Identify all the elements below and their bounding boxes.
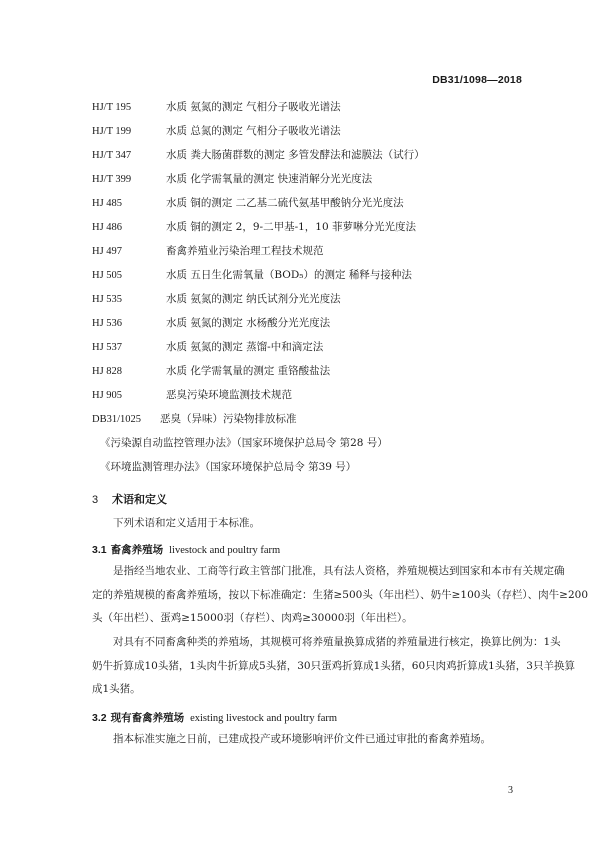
term-english: existing livestock and poultry farm xyxy=(190,713,337,724)
term-definition: 是指经当地农业、工商等行政主管部门批准，具有法人资格，养殖规模达到国家和本市有关… xyxy=(92,560,512,631)
section-title: 术语和定义 xyxy=(112,493,167,506)
document-code: DB31/1098—2018 xyxy=(432,74,522,86)
reference-code: HJ 536 xyxy=(92,317,166,331)
reference-item: HJ 905恶臭污染环境监测技术规范 xyxy=(92,388,292,403)
reference-code: HJ 486 xyxy=(92,221,166,235)
section-heading: 3术语和定义 xyxy=(92,491,167,507)
term-english: livestock and poultry farm xyxy=(169,545,280,556)
reference-item: HJ 535水质 氨氮的测定 纳氏试剂分光光度法 xyxy=(92,292,341,307)
reference-title: 水质 氨氮的测定 纳氏试剂分光光度法 xyxy=(166,292,341,306)
term-number: 3.1 xyxy=(92,544,107,556)
reference-code: HJ/T 199 xyxy=(92,125,166,139)
reference-item: HJ 536水质 氨氮的测定 水杨酸分光光度法 xyxy=(92,316,330,331)
reference-item: HJ/T 195水质 氨氮的测定 气相分子吸收光谱法 xyxy=(92,100,341,115)
reference-title: 水质 五日生化需氧量（BOD₅）的测定 稀释与接种法 xyxy=(166,268,412,282)
reference-title: 水质 粪大肠菌群数的测定 多管发酵法和滤膜法（试行） xyxy=(166,148,425,162)
section-intro: 下列术语和定义适用于本标准。 xyxy=(92,512,533,536)
term-definition: 对具有不同畜禽种类的养殖场，其规模可将养殖量换算成猪的养殖量进行核定，换算比例为… xyxy=(92,631,512,702)
term-heading: 3.1畜禽养殖场livestock and poultry farm xyxy=(92,543,280,558)
section-number: 3 xyxy=(92,494,112,506)
reference-title: 水质 化学需氧量的测定 重铬酸盐法 xyxy=(166,364,330,378)
reference-code: HJ/T 399 xyxy=(92,173,166,187)
reference-title: 水质 氨氮的测定 蒸馏-中和滴定法 xyxy=(166,340,323,354)
reference-code: HJ 828 xyxy=(92,365,166,379)
term-definition: 指本标准实施之日前，已建成投产或环境影响评价文件已通过审批的畜禽养殖场。 xyxy=(92,728,512,752)
reference-title: 水质 氨氮的测定 水杨酸分光光度法 xyxy=(166,316,330,330)
reference-title: 水质 铜的测定 二乙基二硫代氨基甲酸钠分光光度法 xyxy=(166,196,404,210)
page-number: 3 xyxy=(508,785,513,796)
reference-title: 水质 铜的测定 2，9-二甲基-1，10 菲萝啉分光光度法 xyxy=(166,220,416,234)
reference-item: HJ 486水质 铜的测定 2，9-二甲基-1，10 菲萝啉分光光度法 xyxy=(92,220,416,235)
reference-item: HJ/T 199水质 总氮的测定 气相分子吸收光谱法 xyxy=(92,124,341,139)
reference-item: HJ 505水质 五日生化需氧量（BOD₅）的测定 稀释与接种法 xyxy=(92,268,412,283)
reference-title: 畜禽养殖业污染治理工程技术规范 xyxy=(166,244,324,258)
reference-code: HJ 535 xyxy=(92,293,166,307)
term-number: 3.2 xyxy=(92,712,107,724)
reference-item: HJ 485水质 铜的测定 二乙基二硫代氨基甲酸钠分光光度法 xyxy=(92,196,404,211)
reference-title: 水质 氨氮的测定 气相分子吸收光谱法 xyxy=(166,100,341,114)
reference-item: HJ 497畜禽养殖业污染治理工程技术规范 xyxy=(92,244,324,259)
reference-item: HJ 828水质 化学需氧量的测定 重铬酸盐法 xyxy=(92,364,330,379)
reference-item: HJ 537水质 氨氮的测定 蒸馏-中和滴定法 xyxy=(92,340,323,355)
reference-code: HJ/T 195 xyxy=(92,101,166,115)
reference-title: 恶臭（异味）污染物排放标准 xyxy=(160,412,297,426)
reference-code: HJ 497 xyxy=(92,245,166,259)
reference-title: 恶臭污染环境监测技术规范 xyxy=(166,388,292,402)
reference-code: HJ 505 xyxy=(92,269,166,283)
reference-item: HJ/T 399水质 化学需氧量的测定 快速消解分光光度法 xyxy=(92,172,372,187)
reference-code: HJ 485 xyxy=(92,197,166,211)
regulation-order: 《环境监测管理办法》（国家环境保护总局令 第39 号） xyxy=(100,460,356,474)
reference-item: HJ/T 347水质 粪大肠菌群数的测定 多管发酵法和滤膜法（试行） xyxy=(92,148,425,163)
reference-item: DB31/1025恶臭（异味）污染物排放标准 xyxy=(92,412,297,427)
regulation-order: 《污染源自动监控管理办法》（国家环境保护总局令 第28 号） xyxy=(100,436,388,450)
reference-code: HJ 905 xyxy=(92,389,166,403)
reference-code: HJ 537 xyxy=(92,341,166,355)
reference-code: DB31/1025 xyxy=(92,413,160,427)
reference-code: HJ/T 347 xyxy=(92,149,166,163)
term-heading: 3.2现有畜禽养殖场existing livestock and poultry… xyxy=(92,711,337,726)
reference-title: 水质 总氮的测定 气相分子吸收光谱法 xyxy=(166,124,341,138)
term-chinese: 畜禽养殖场 xyxy=(111,544,164,556)
reference-title: 水质 化学需氧量的测定 快速消解分光光度法 xyxy=(166,172,372,186)
term-chinese: 现有畜禽养殖场 xyxy=(111,712,185,724)
